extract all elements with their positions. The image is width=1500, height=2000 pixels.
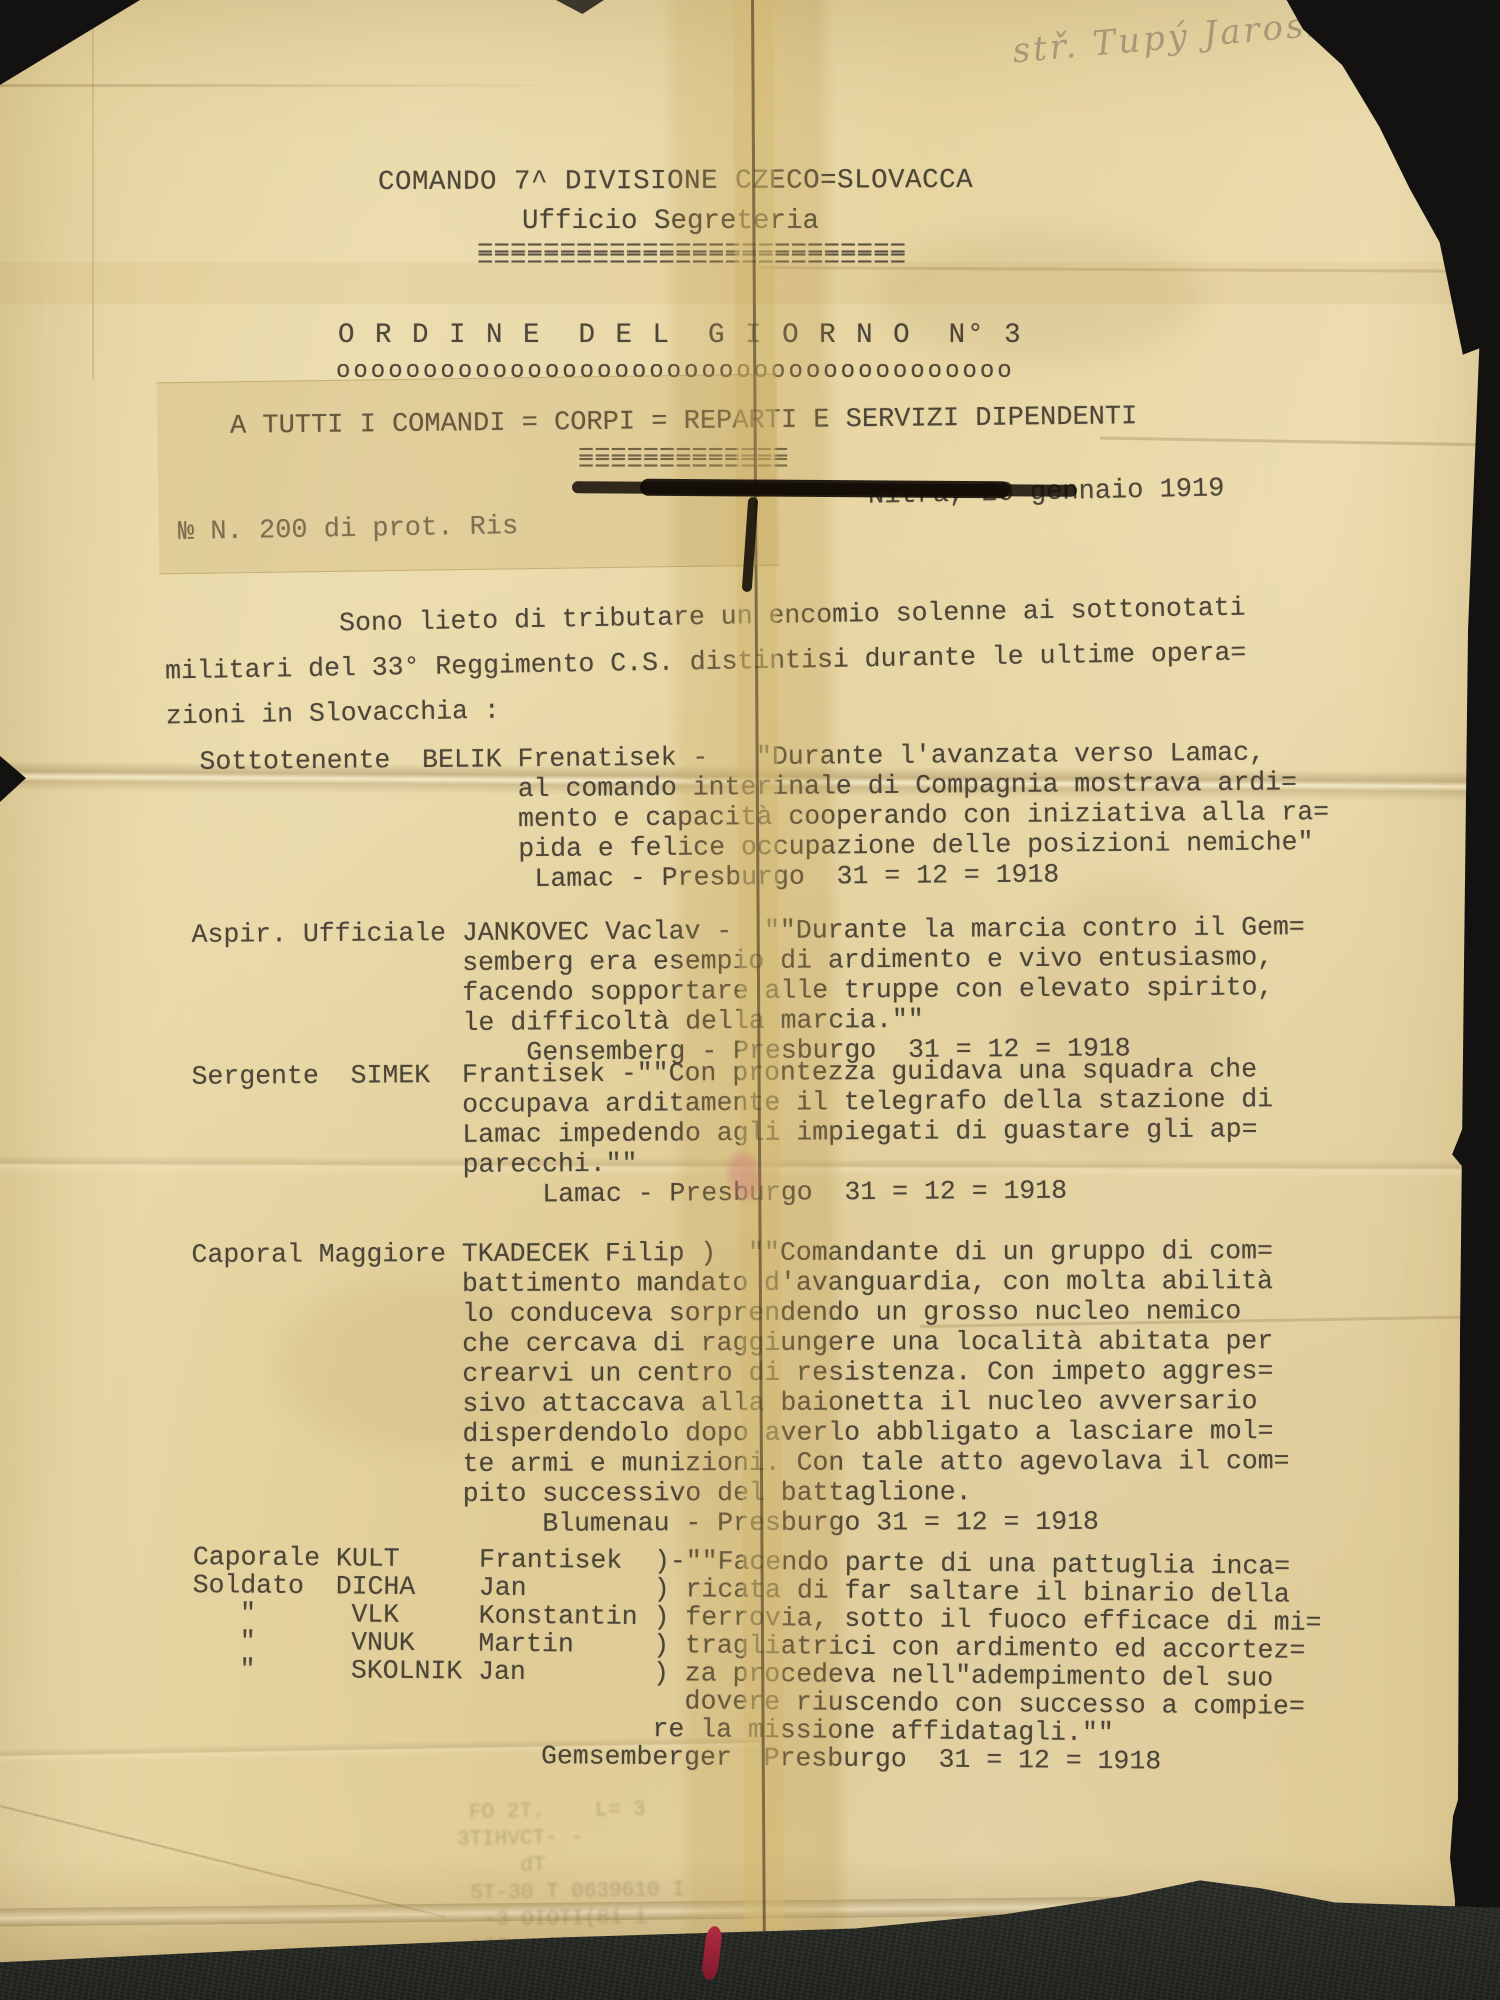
tape-patch-horizontal — [157, 374, 780, 575]
document-scan: FO 2T. L= 3 3TIHVCT- - dT 5T-30 T 063961… — [0, 0, 1500, 2000]
ink-smear-thick — [640, 479, 1010, 499]
tape-band-faint — [0, 262, 1500, 304]
fold-crease — [92, 0, 94, 380]
fold-crease — [0, 84, 600, 87]
